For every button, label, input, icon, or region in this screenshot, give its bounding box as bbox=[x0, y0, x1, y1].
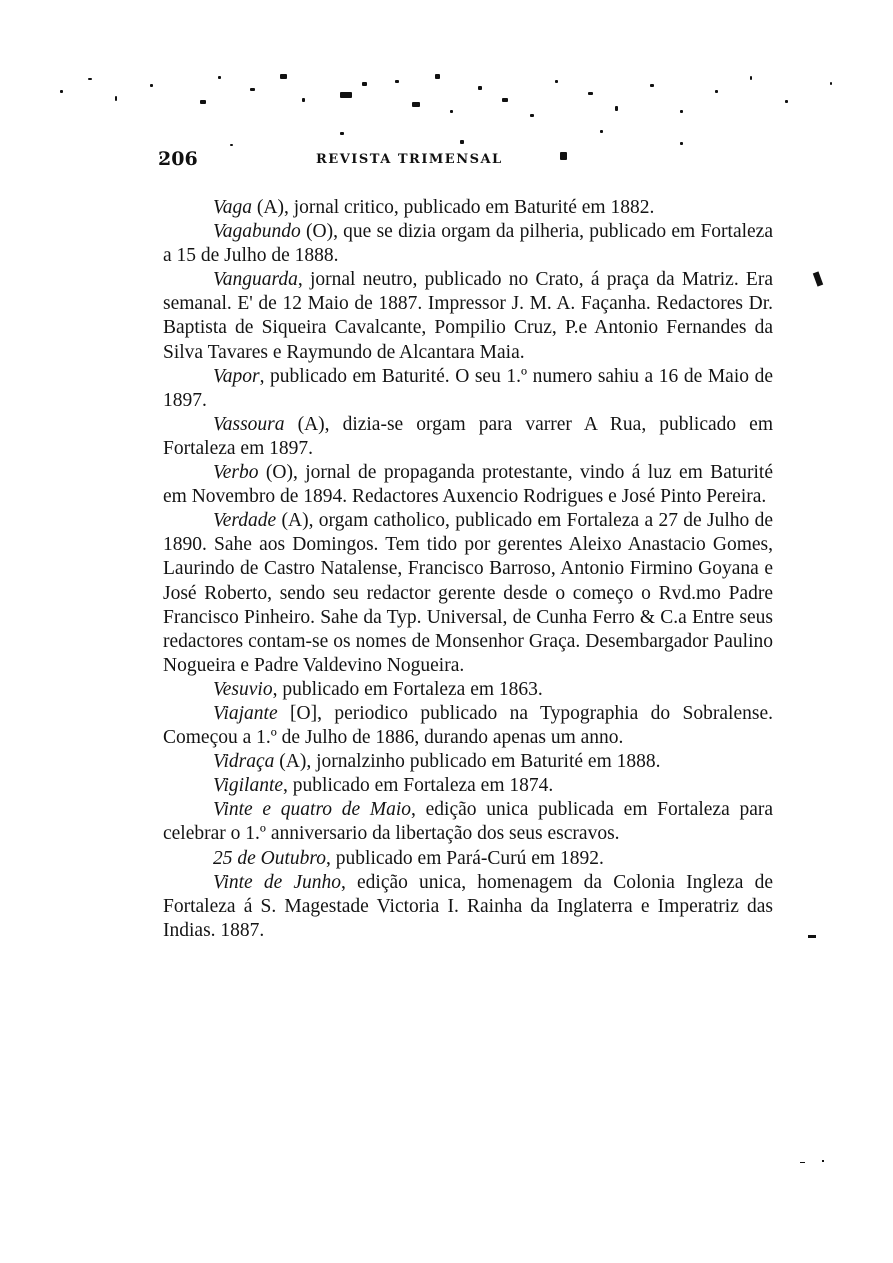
entry-text: , publicado em Fortaleza em 1874. bbox=[283, 775, 553, 796]
entry-vinte-de-junho: Vinte de Junho, edição unica, homenagem … bbox=[163, 871, 773, 943]
entry-text: , publicado em Pará-Curú em 1892. bbox=[326, 848, 604, 869]
entry-vinte-e-quatro-de-maio: Vinte e quatro de Maio, edição unica pub… bbox=[163, 798, 773, 846]
entry-vapor: Vapor, publicado em Baturité. O seu 1.º … bbox=[163, 365, 773, 413]
margin-speck bbox=[800, 1162, 805, 1163]
entry-title: Vapor bbox=[213, 366, 260, 387]
running-title: REVISTA TRIMENSAL bbox=[316, 152, 503, 167]
entry-title: Vigilante bbox=[213, 775, 283, 796]
entry-verdade: Verdade (A), orgam catholico, publicado … bbox=[163, 509, 773, 678]
entry-title: Vassoura bbox=[213, 414, 285, 435]
entry-vesuvio: Vesuvio, publicado em Fortaleza em 1863. bbox=[163, 678, 773, 702]
entry-title: Verdade bbox=[213, 510, 276, 531]
entry-text: (A), jornal critico, publicado em Baturi… bbox=[252, 197, 654, 218]
body-text: Vaga (A), jornal critico, publicado em B… bbox=[163, 196, 773, 943]
entry-title: 25 de Outubro bbox=[213, 848, 326, 869]
entry-title: Vanguarda bbox=[213, 269, 298, 290]
page-header: 206 REVISTA TRIMENSAL bbox=[158, 148, 778, 172]
entry-title: Vinte e quatro de Maio bbox=[213, 799, 411, 820]
entry-vagabundo: Vagabundo (O), que se dizia orgam da pil… bbox=[163, 220, 773, 268]
entry-title: Verbo bbox=[213, 462, 259, 483]
margin-speck bbox=[822, 1160, 824, 1162]
entry-text: (A), jornalzinho publicado em Baturité e… bbox=[274, 751, 660, 772]
entry-title: Vagabundo bbox=[213, 221, 301, 242]
entry-25-de-outubro: 25 de Outubro, publicado em Pará-Curú em… bbox=[163, 847, 773, 871]
entry-viajante: Viajante [O], periodico publicado na Typ… bbox=[163, 702, 773, 750]
entry-text: (A), orgam catholico, publicado em Forta… bbox=[163, 510, 773, 676]
margin-ink-blot bbox=[813, 271, 823, 286]
entry-vassoura: Vassoura (A), dizia-se orgam para varrer… bbox=[163, 413, 773, 461]
entry-vanguarda: Vanguarda, jornal neutro, publicado no C… bbox=[163, 268, 773, 364]
scanned-page: 206 REVISTA TRIMENSAL Vaga (A), jornal c… bbox=[0, 0, 893, 1263]
entry-vigilante: Vigilante, publicado em Fortaleza em 187… bbox=[163, 774, 773, 798]
margin-speck bbox=[808, 935, 816, 938]
entry-title: Vidraça bbox=[213, 751, 274, 772]
entry-vidraca: Vidraça (A), jornalzinho publicado em Ba… bbox=[163, 750, 773, 774]
entry-verbo: Verbo (O), jornal de propaganda protesta… bbox=[163, 461, 773, 509]
page-number: 206 bbox=[158, 148, 198, 170]
entry-title: Vaga bbox=[213, 197, 252, 218]
entry-title: Vesuvio bbox=[213, 679, 273, 700]
entry-title: Vinte de Junho bbox=[213, 872, 341, 893]
entry-title: Viajante bbox=[213, 703, 278, 724]
entry-vaga: Vaga (A), jornal critico, publicado em B… bbox=[163, 196, 773, 220]
entry-text: , publicado em Fortaleza em 1863. bbox=[273, 679, 543, 700]
